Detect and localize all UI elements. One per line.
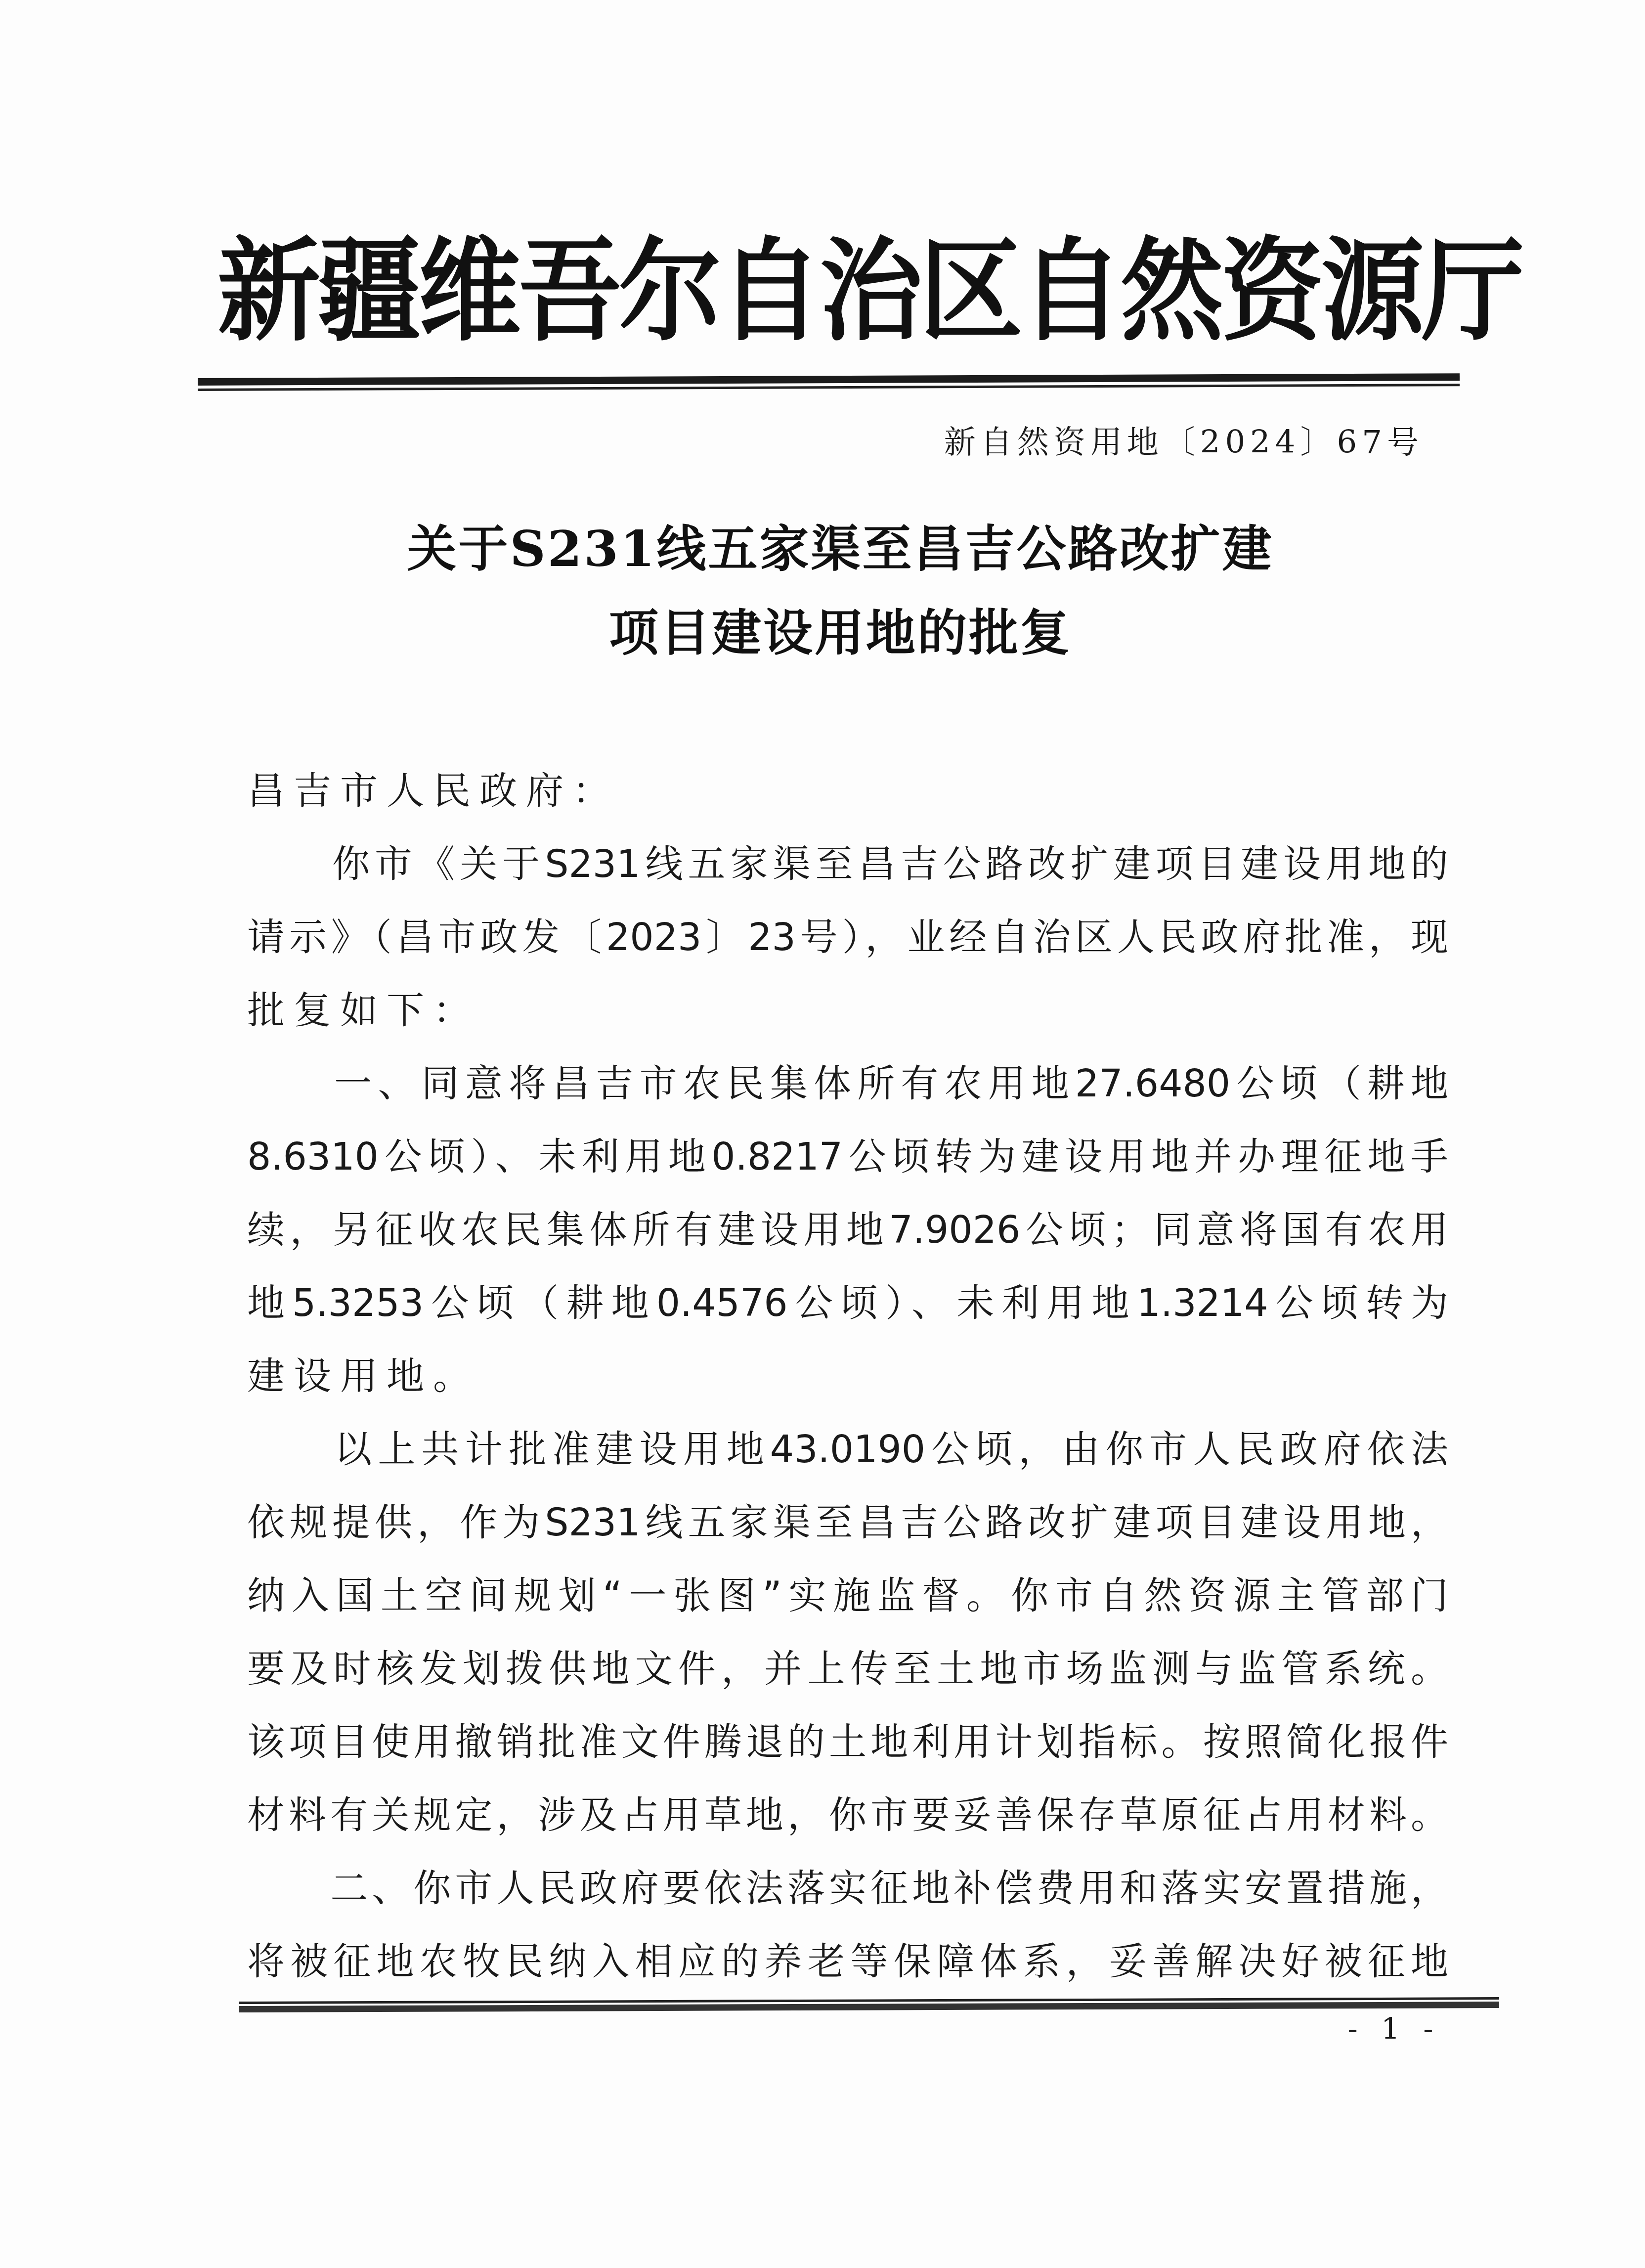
masthead-char: 吾 <box>519 227 619 355</box>
issuer-masthead: 新 疆 维 吾 尔 自 治 区 自 然 资 源 厅 <box>217 232 1443 351</box>
masthead-char: 疆 <box>318 227 418 355</box>
masthead-char: 区 <box>920 227 1020 355</box>
masthead-char: 厅 <box>1422 227 1522 355</box>
body-line: 要及时核发划拨供地文件，并上传至土地市场监测与监管系统。 <box>247 1639 1448 1699</box>
body-line: 建设用地。 <box>247 1347 1448 1406</box>
body-line: 材料有关规定，涉及占用草地，你市要妥善保存草原征占用材料。 <box>247 1786 1448 1845</box>
body-line: 以上共计批准建设用地43.0190公顷，由你市人民政府依法 <box>247 1420 1448 1479</box>
salutation: 昌吉市人民政府： <box>247 761 1448 821</box>
body-line: 一、同意将昌吉市农民集体所有农用地27.6480公顷（耕地 <box>247 1054 1448 1113</box>
body-line: 二、你市人民政府要依法落实征地补偿费用和落实安置措施， <box>247 1859 1448 1918</box>
masthead-char: 资 <box>1221 227 1321 355</box>
body-line: 你市《关于S231线五家渠至昌吉公路改扩建项目建设用地的 <box>247 834 1448 894</box>
body-line: 纳入国土空间规划“一张图”实施监督。你市自然资源主管部门 <box>247 1566 1448 1625</box>
header-rule-thick <box>198 373 1460 386</box>
body-line: 续，另征收农民集体所有建设用地7.9026公顷；同意将国有农用 <box>247 1200 1448 1260</box>
body-line: 批复如下： <box>247 981 1448 1040</box>
masthead-char: 维 <box>418 227 519 355</box>
document-number: 新自然资用地〔2024〕67号 <box>909 415 1424 470</box>
body-line: 8.6310公顷）、未利用地0.8217公顷转为建设用地并办理征地手 <box>247 1127 1448 1186</box>
body-line: 该项目使用撤销批准文件腾退的土地利用计划指标。按照简化报件 <box>247 1712 1448 1772</box>
masthead-char: 自 <box>719 227 820 355</box>
document-title-line-2: 项目建设用地的批复 <box>198 601 1483 665</box>
masthead-char: 治 <box>820 227 920 355</box>
masthead-char: 新 <box>217 227 318 355</box>
document-page: 新 疆 维 吾 尔 自 治 区 自 然 资 源 厅 新自然资用地〔2024〕67… <box>0 0 1645 2268</box>
masthead-char: 尔 <box>619 227 719 355</box>
masthead-char: 自 <box>1020 227 1121 355</box>
body-line: 依规提供，作为S231线五家渠至昌吉公路改扩建项目建设用地， <box>247 1493 1448 1552</box>
masthead-char: 源 <box>1321 227 1422 355</box>
page-number: - 1 - <box>1335 2007 1453 2051</box>
body-line: 将被征地农牧民纳入相应的养老等保障体系，妥善解决好被征地 <box>247 1932 1448 1991</box>
document-title-line-1: 关于S231线五家渠至昌吉公路改扩建 <box>198 517 1483 581</box>
body-line: 地5.3253公顷（耕地0.4576公顷）、未利用地1.3214公顷转为 <box>247 1273 1448 1333</box>
body-line: 请示》（昌市政发〔2023〕23号），业经自治区人民政府批准，现 <box>247 908 1448 967</box>
masthead-char: 然 <box>1121 227 1221 355</box>
